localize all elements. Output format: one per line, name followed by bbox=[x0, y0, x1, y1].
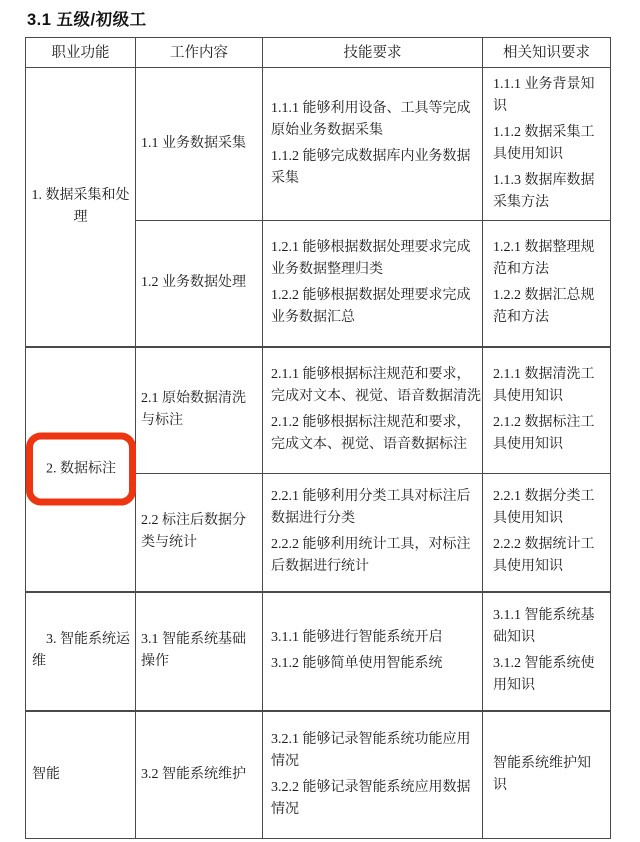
skill-item: 1.2.1 能够根据数据处理要求完成业务数据整理归类 bbox=[271, 237, 481, 281]
knowledge-cell: 2.2.1 数据分类工具使用知识 2.2.2 数据统计工具使用知识 bbox=[483, 474, 611, 592]
knowledge-item: 2.1.2 数据标注工具使用知识 bbox=[493, 412, 603, 456]
skill-item: 3.2.1 能够记录智能系统功能应用情况 bbox=[271, 729, 481, 773]
skill-item: 2.1.1 能够根据标注规范和要求，完成对文本、视觉、语音数据清洗 bbox=[271, 364, 481, 408]
knowledge-item: 智能系统维护知识 bbox=[493, 753, 603, 797]
skills-cell: 1.2.1 能够根据数据处理要求完成业务数据整理归类 1.2.2 能够根据数据处… bbox=[263, 221, 483, 347]
knowledge-item: 3.1.2 智能系统使用知识 bbox=[493, 653, 603, 697]
skill-item: 1.2.2 能够根据数据处理要求完成业务数据汇总 bbox=[271, 285, 481, 329]
skill-item: 2.1.2 能够根据标注规范和要求，完成文本、视觉、语音数据标注 bbox=[271, 412, 481, 456]
function-cell-data-annotation: 2. 数据标注 bbox=[26, 347, 136, 592]
function-cell-intelligent: 智能 bbox=[26, 711, 136, 839]
skills-cell: 3.1.1 能够进行智能系统开启 3.1.2 能够简单使用智能系统 bbox=[263, 592, 483, 711]
document-page: 3.1 五级/初级工 职业功能 工作内容 技能要求 相关知识要求 1. 数据采集… bbox=[0, 0, 640, 842]
work-cell: 1.1 业务数据采集 bbox=[136, 68, 263, 221]
header-work-content: 工作内容 bbox=[136, 38, 263, 68]
skills-cell: 2.2.1 能够利用分类工具对标注后数据进行分类 2.2.2 能够利用统计工具，… bbox=[263, 474, 483, 592]
page-title: 3.1 五级/初级工 bbox=[27, 6, 640, 30]
knowledge-item: 2.2.2 数据统计工具使用知识 bbox=[493, 534, 603, 578]
table-row: 智能 3.2 智能系统维护 3.2.1 能够记录智能系统功能应用情况 3.2.2… bbox=[26, 711, 611, 839]
knowledge-cell: 1.1.1 业务背景知识 1.1.2 数据采集工具使用知识 1.1.3 数据库数… bbox=[483, 68, 611, 221]
highlight-box: 2. 数据标注 bbox=[26, 433, 136, 506]
skill-item: 1.1.2 能够完成数据库内业务数据采集 bbox=[271, 146, 481, 190]
work-cell: 3.1 智能系统基础操作 bbox=[136, 592, 263, 711]
function-cell-data-collection: 1. 数据采集和处理 bbox=[26, 68, 136, 347]
work-cell: 1.2 业务数据处理 bbox=[136, 221, 263, 347]
header-occupational-function: 职业功能 bbox=[26, 38, 136, 68]
table-row: 1. 数据采集和处理 1.1 业务数据采集 1.1.1 能够利用设备、工具等完成… bbox=[26, 68, 611, 221]
knowledge-item: 1.1.3 数据库数据采集方法 bbox=[493, 170, 603, 214]
skill-item: 2.2.1 能够利用分类工具对标注后数据进行分类 bbox=[271, 486, 481, 530]
skill-item: 1.1.1 能够利用设备、工具等完成原始业务数据采集 bbox=[271, 98, 481, 142]
knowledge-cell: 智能系统维护知识 bbox=[483, 711, 611, 839]
skills-requirements-table: 职业功能 工作内容 技能要求 相关知识要求 1. 数据采集和处理 1.1 业务数… bbox=[25, 37, 611, 839]
work-cell: 2.2 标注后数据分类与统计 bbox=[136, 474, 263, 592]
knowledge-item: 1.2.1 数据整理规范和方法 bbox=[493, 237, 603, 281]
knowledge-cell: 3.1.1 智能系统基础知识 3.1.2 智能系统使用知识 bbox=[483, 592, 611, 711]
knowledge-cell: 1.2.1 数据整理规范和方法 1.2.2 数据汇总规范和方法 bbox=[483, 221, 611, 347]
work-cell: 2.1 原始数据清洗与标注 bbox=[136, 347, 263, 474]
knowledge-cell: 2.1.1 数据清洗工具使用知识 2.1.2 数据标注工具使用知识 bbox=[483, 347, 611, 474]
knowledge-item: 1.2.2 数据汇总规范和方法 bbox=[493, 285, 603, 329]
knowledge-item: 3.1.1 智能系统基础知识 bbox=[493, 605, 603, 649]
skill-item: 3.2.2 能够记录智能系统应用数据情况 bbox=[271, 777, 481, 821]
header-skill-requirements: 技能要求 bbox=[263, 38, 483, 68]
skill-item: 3.1.2 能够简单使用智能系统 bbox=[271, 653, 481, 675]
knowledge-item: 2.1.1 数据清洗工具使用知识 bbox=[493, 364, 603, 408]
work-cell: 3.2 智能系统维护 bbox=[136, 711, 263, 839]
function-cell-intelligent-system-ops: 3. 智能系统运维 bbox=[26, 592, 136, 711]
skills-cell: 2.1.1 能够根据标注规范和要求，完成对文本、视觉、语音数据清洗 2.1.2 … bbox=[263, 347, 483, 474]
header-knowledge-requirements: 相关知识要求 bbox=[483, 38, 611, 68]
skills-cell: 1.1.1 能够利用设备、工具等完成原始业务数据采集 1.1.2 能够完成数据库… bbox=[263, 68, 483, 221]
skills-cell: 3.2.1 能够记录智能系统功能应用情况 3.2.2 能够记录智能系统应用数据情… bbox=[263, 711, 483, 839]
knowledge-item: 2.2.1 数据分类工具使用知识 bbox=[493, 486, 603, 530]
knowledge-item: 1.1.2 数据采集工具使用知识 bbox=[493, 122, 603, 166]
table-row: 3. 智能系统运维 3.1 智能系统基础操作 3.1.1 能够进行智能系统开启 … bbox=[26, 592, 611, 711]
knowledge-item: 1.1.1 业务背景知识 bbox=[493, 74, 603, 118]
table-header-row: 职业功能 工作内容 技能要求 相关知识要求 bbox=[26, 38, 611, 68]
function-label: 2. 数据标注 bbox=[46, 458, 116, 480]
skill-item: 3.1.1 能够进行智能系统开启 bbox=[271, 627, 481, 649]
table-row: 2. 数据标注 2.1 原始数据清洗与标注 2.1.1 能够根据标注规范和要求，… bbox=[26, 347, 611, 474]
skill-item: 2.2.2 能够利用统计工具，对标注后数据进行统计 bbox=[271, 534, 481, 578]
